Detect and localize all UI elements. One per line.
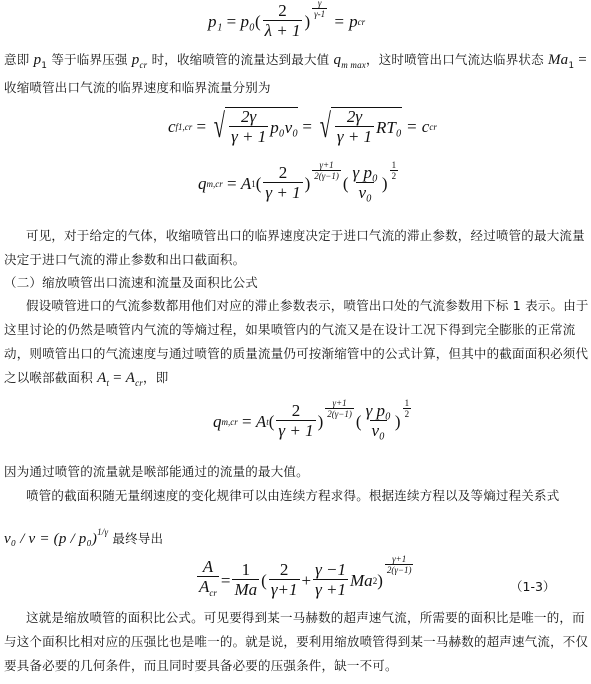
eq-sign: = [221, 571, 231, 591]
paragraph-line: 与这个面积比相对应的压强比也是唯一的。就是说，要利用缩放喷管得到某一马赫数的超声… [4, 634, 588, 650]
radicand: 2γγ + 1p₀v₀ [225, 107, 298, 147]
denominator: γ + 1 [335, 126, 374, 147]
eq-term: p₀ [241, 12, 255, 32]
radical-sign-icon: √ [320, 107, 331, 147]
subscript: m,cr [222, 417, 238, 427]
numerator: 2 [277, 164, 290, 182]
numerator: A [201, 558, 215, 576]
denominator: 2(γ−1) [325, 408, 354, 419]
numerator: 2 [278, 561, 291, 579]
exponent: γ+12(γ−1) [323, 398, 356, 419]
exponent: 12 [388, 160, 401, 181]
denominator: γ-1 [312, 8, 327, 19]
denominator: v₀ [356, 182, 373, 203]
square-root: √2γγ + 1p₀v₀ [210, 107, 298, 147]
denominator: γ + 1 [229, 126, 268, 147]
equation-throat-flow: qm,cr = At( 2γ + 1) γ+12(γ−1) (γ p₀v₀) 1… [213, 402, 413, 441]
eq-paren: ( [356, 412, 362, 432]
denominator: 2 [390, 170, 399, 181]
numerator: 1 [390, 160, 399, 170]
subscript: f1,cr [176, 122, 193, 132]
paragraph-line: v₀ / v = (p / p₀)1/γ 最终导出 [4, 524, 163, 547]
equation-area-ratio: AAcr = 1Ma( 2γ+1 + γ −1γ +1 Ma2) γ+12(γ−… [195, 558, 415, 603]
paragraph-line: 收缩喷管出口气流的临界速度和临界流量分别为 [4, 80, 271, 96]
numerator: 2γ [345, 108, 364, 126]
radicand: 2γγ + 1RT₀ [331, 107, 402, 147]
eq-lhs: p₁ [208, 12, 222, 32]
subscript: m,cr [207, 179, 223, 189]
exponent: γγ-1 [310, 0, 329, 19]
eq-term: RT₀ [376, 118, 402, 138]
equation-number: （1-3） [510, 577, 555, 595]
eq-sign: = [227, 174, 237, 194]
math-formula: v₀ / v = (p / p₀) [4, 531, 97, 547]
equation-critical-velocity: cf1,cr = √2γγ + 1p₀v₀ = √2γγ + 1RT₀ = cc… [168, 107, 437, 147]
numerator: 2γ [239, 108, 258, 126]
denominator: γ + 1 [276, 420, 315, 441]
text: 等于临界压强 [47, 52, 132, 67]
denominator: Ma [232, 579, 259, 600]
eq-term: A [241, 174, 251, 194]
exponent-fraction: γ+12(γ−1) [312, 160, 341, 181]
equation-critical-flow: qm,cr = A1( 2γ + 1) γ+12(γ−1) (γ p₀v₀) 1… [198, 164, 400, 203]
section-heading: （二）缩放喷管出口流速和流量及面积比公式 [4, 275, 258, 291]
paragraph-line: 喷管的截面积随无量纲速度的变化规律可以由连续方程求得。根据连续方程以及等熵过程关… [26, 488, 559, 504]
denominator: γ+1 [269, 579, 300, 600]
eq-sign: = [302, 117, 312, 137]
denominator: 2(γ−1) [312, 170, 341, 181]
numerator: γ+1 [318, 160, 336, 170]
paragraph-line: 要具备必要的几何条件，而且同时要具备必要的压强条件，缺一不可。 [4, 658, 398, 674]
subscript: cr [135, 378, 143, 388]
eq-lhs: q [213, 412, 222, 432]
fraction: γ p₀v₀ [351, 164, 380, 203]
fraction: 1Ma [232, 561, 259, 600]
denominator: 2(γ−1) [385, 564, 414, 575]
eq-rhs: = c [406, 117, 429, 137]
paragraph-line: 因为通过喷管的流量就是喉部能通过的流量的最大值。 [4, 464, 309, 480]
plus-sign: + [302, 571, 312, 591]
numerator: γ+1 [390, 554, 408, 564]
numerator: γ p₀ [351, 164, 380, 182]
fraction: 2γγ + 1 [229, 108, 268, 147]
paragraph-line: 这里讨论的仍然是喷管内气流的等熵过程，如果喷管内的气流又是在设计工况下得到完全膨… [4, 322, 576, 338]
text: ，即 [143, 370, 168, 385]
paragraph-line: 意即 p1 等于临界压强 pcr 时，收缩喷管的流量达到最大值 qm max，这… [4, 52, 591, 74]
eq-term: Ma [350, 571, 373, 591]
denominator: v₀ [370, 420, 387, 441]
subscript: cr [429, 122, 437, 132]
eq-sign: = [197, 117, 207, 137]
exponent-fraction: γγ-1 [312, 0, 327, 19]
eq-paren: ( [261, 571, 267, 591]
eq-paren: ( [269, 412, 275, 432]
fraction: 2λ + 1 [263, 2, 303, 41]
denominator: 2 [403, 408, 412, 419]
paragraph-line: 决定于进口气流的滞止参数和出口截面积。 [4, 252, 245, 268]
fraction: 2γ + 1 [263, 164, 302, 203]
text: 之以喉部截面积 [4, 370, 97, 385]
denominator: γ + 1 [263, 182, 302, 203]
eq-term: p₀v₀ [270, 118, 298, 138]
text: 时，收缩喷管的流量达到最大值 [147, 52, 333, 67]
subscript: cr [209, 588, 217, 598]
numerator: 2 [276, 2, 289, 20]
subscript: m max [341, 60, 366, 70]
paragraph-line: 之以喉部截面积 At = Acr，即 [4, 370, 168, 391]
eq-paren: ( [255, 12, 261, 32]
superscript: 1/γ [97, 527, 108, 537]
fraction: AAcr [197, 558, 219, 603]
eq-sign: = [227, 12, 237, 32]
exponent-fraction: γ+12(γ−1) [325, 398, 354, 419]
numerator: 1 [240, 561, 253, 579]
exponent: γ+12(γ−1) [383, 554, 416, 575]
eq-lhs: q [198, 174, 207, 194]
exponent-fraction: 12 [403, 398, 412, 419]
math-var: A [126, 370, 135, 386]
fraction: 2γ+1 [269, 561, 300, 600]
eq-sign: = [242, 412, 252, 432]
square-root: √2γγ + 1RT₀ [316, 107, 402, 147]
denominator: A [199, 577, 209, 596]
text: = 1。 [574, 52, 591, 68]
subscript: cr [358, 17, 366, 27]
numerator: 2 [290, 402, 303, 420]
eq-paren: ( [256, 174, 262, 194]
eq-lhs: c [168, 117, 176, 137]
fraction: 2γγ + 1 [335, 108, 374, 147]
text: 最终导出 [108, 531, 163, 546]
exponent-fraction: 12 [390, 160, 399, 181]
eq-rhs: = p [333, 12, 357, 32]
equation-critical-pressure: p₁ = p₀( 2λ + 1) γγ-1 = pcr [208, 2, 365, 41]
fraction: γ p₀v₀ [364, 402, 393, 441]
denominator: λ + 1 [263, 20, 303, 41]
fraction: γ −1γ +1 [313, 561, 348, 600]
numerator: γ −1 [313, 561, 348, 579]
numerator: γ+1 [331, 398, 349, 408]
math-var: Ma [548, 52, 568, 68]
fraction: 2γ + 1 [276, 402, 315, 441]
text: ，这时喷管出口气流达临界状态 [366, 52, 548, 67]
paragraph-line: 可见，对于给定的气体，收缩喷管出口的临界速度决定于进口气流的滞止参数，经过喷管的… [26, 228, 585, 244]
eq-paren: ( [343, 174, 349, 194]
radical-sign-icon: √ [214, 107, 225, 147]
exponent-fraction: γ+12(γ−1) [385, 554, 414, 575]
numerator: 1 [403, 398, 412, 408]
exponent: 12 [401, 398, 414, 419]
denominator: γ +1 [313, 579, 348, 600]
eq-term: A [256, 412, 266, 432]
text: 意即 [4, 52, 34, 67]
eq-sign: = [109, 370, 126, 386]
paragraph-line: 假设喷管进口的气流参数都用他们对应的滞止参数表示，喷管出口处的气流参数用下标 1… [26, 298, 589, 314]
numerator: γ p₀ [364, 402, 393, 420]
numerator: γ [316, 0, 324, 8]
paragraph-line: 这就是缩放喷管的面积比公式。可见要得到某一马赫数的超声速气流，所需要的面积比是唯… [26, 610, 585, 626]
exponent: γ+12(γ−1) [310, 160, 343, 181]
paragraph-line: 动，则喷管出口的气流速度与通过喷管的质量流量仍可按渐缩管中的公式计算，但其中的截… [4, 346, 588, 362]
